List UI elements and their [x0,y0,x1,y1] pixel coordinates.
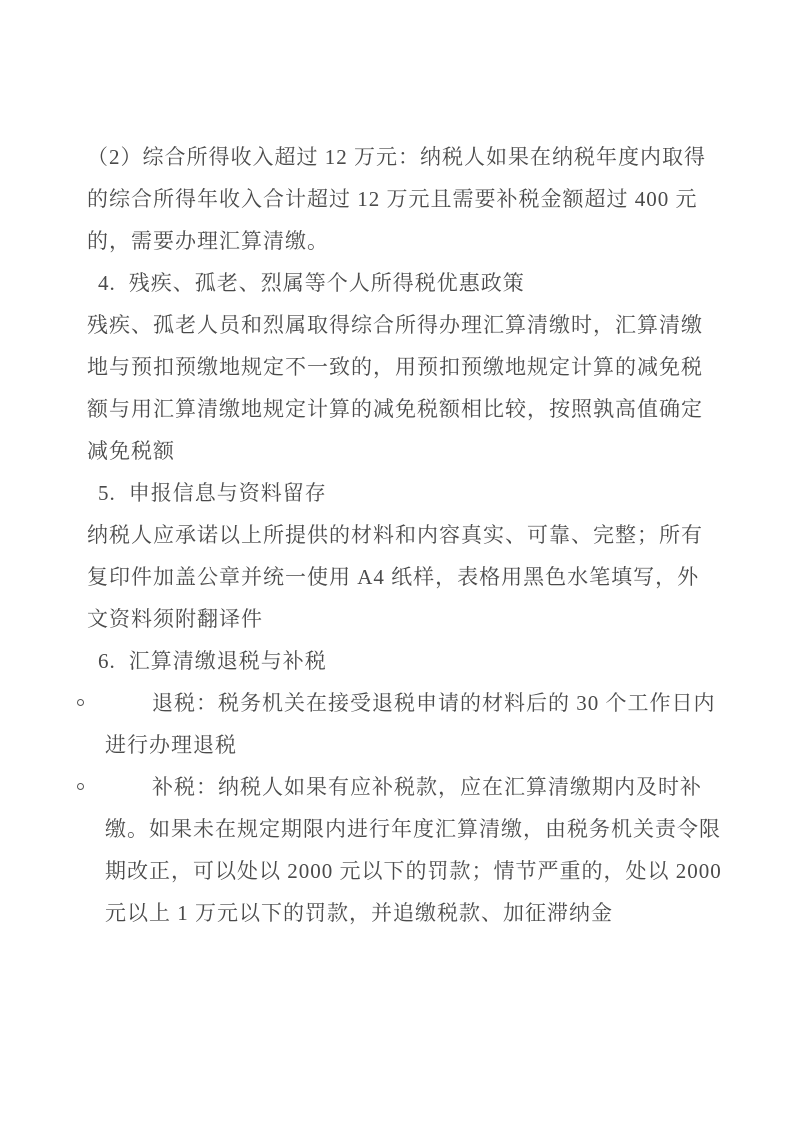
bullet-circle-icon [77,699,84,706]
text-line: 复印件加盖公章并统一使用 A4 纸样，表格用黑色水笔填写，外 [87,556,735,598]
heading-number: 6. [98,640,116,682]
heading-title: 汇算清缴退税与补税 [129,649,327,673]
heading-number: 5. [98,472,116,514]
bullet-item-refund: 退税：税务机关在接受退税申请的材料后的 30 个工作日内 [87,682,735,724]
text-line: 额与用汇算清缴地规定计算的减免税额相比较，按照孰高值确定 [87,388,735,430]
text-line: 的综合所得年收入合计超过 12 万元且需要补税金额超过 400 元 [87,178,735,220]
text-line: 元以上 1 万元以下的罚款，并追缴税款、加征滞纳金 [87,892,735,934]
text-line: 纳税人应承诺以上所提供的材料和内容真实、可靠、完整；所有 [87,514,735,556]
bullet-text: 退税：税务机关在接受退税申请的材料后的 30 个工作日内 [152,691,716,715]
text-line: （2）综合所得收入超过 12 万元：纳税人如果在纳税年度内取得 [87,136,735,178]
text-line: 进行办理退税 [87,724,735,766]
bullet-circle-icon [77,783,84,790]
document-page: （2）综合所得收入超过 12 万元：纳税人如果在纳税年度内取得 的综合所得年收入… [0,0,793,1122]
section-heading-4: 4.残疾、孤老、烈属等个人所得税优惠政策 [87,262,735,304]
document-body: （2）综合所得收入超过 12 万元：纳税人如果在纳税年度内取得 的综合所得年收入… [87,136,735,934]
bullet-text: 补税：纳税人如果有应补税款，应在汇算清缴期内及时补 [152,775,702,799]
heading-title: 申报信息与资料留存 [129,481,327,505]
text-line: 地与预扣预缴地规定不一致的，用预扣预缴地规定计算的减免税 [87,346,735,388]
bullet-item-pay-tax: 补税：纳税人如果有应补税款，应在汇算清缴期内及时补 [87,766,735,808]
heading-number: 4. [98,262,116,304]
text-line: 减免税额 [87,430,735,472]
section-heading-5: 5.申报信息与资料留存 [87,472,735,514]
text-line: 文资料须附翻译件 [87,598,735,640]
text-line: 残疾、孤老人员和烈属取得综合所得办理汇算清缴时，汇算清缴 [87,304,735,346]
section-heading-6: 6.汇算清缴退税与补税 [87,640,735,682]
heading-title: 残疾、孤老、烈属等个人所得税优惠政策 [129,271,525,295]
text-line: 期改正，可以处以 2000 元以下的罚款；情节严重的，处以 2000 [87,850,735,892]
text-line: 的，需要办理汇算清缴。 [87,220,735,262]
text-line: 缴。如果未在规定期限内进行年度汇算清缴，由税务机关责令限 [87,808,735,850]
